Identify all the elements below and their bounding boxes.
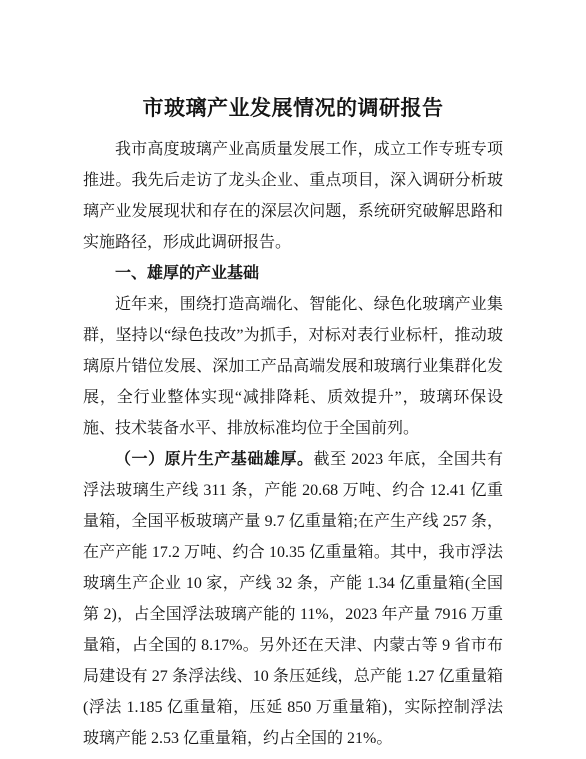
section-1-paragraph: 近年来，围绕打造高端化、智能化、绿色化玻璃产业集群，坚持以“绿色技改”为抓手，对…: [83, 289, 503, 444]
item-1-paragraph: （一）原片生产基础雄厚。截至 2023 年底，全国共有浮法玻璃生产线 311 条…: [83, 444, 503, 754]
report-body: 我市高度玻璃产业高质量发展工作，成立工作专班专项推进。我先后走访了龙头企业、重点…: [83, 121, 503, 754]
report-title: 市玻璃产业发展情况的调研报告: [83, 0, 503, 121]
item-1-lead-in: （一）原片生产基础雄厚。: [115, 451, 314, 468]
report-page: 市玻璃产业发展情况的调研报告 我市高度玻璃产业高质量发展工作，成立工作专班专项推…: [0, 0, 586, 759]
section-1-heading: 一、雄厚的产业基础: [83, 258, 503, 289]
intro-paragraph: 我市高度玻璃产业高质量发展工作，成立工作专班专项推进。我先后走访了龙头企业、重点…: [83, 134, 503, 258]
item-1-body-text: 截至 2023 年底，全国共有浮法玻璃生产线 311 条，产能 20.68 万吨…: [83, 451, 503, 747]
